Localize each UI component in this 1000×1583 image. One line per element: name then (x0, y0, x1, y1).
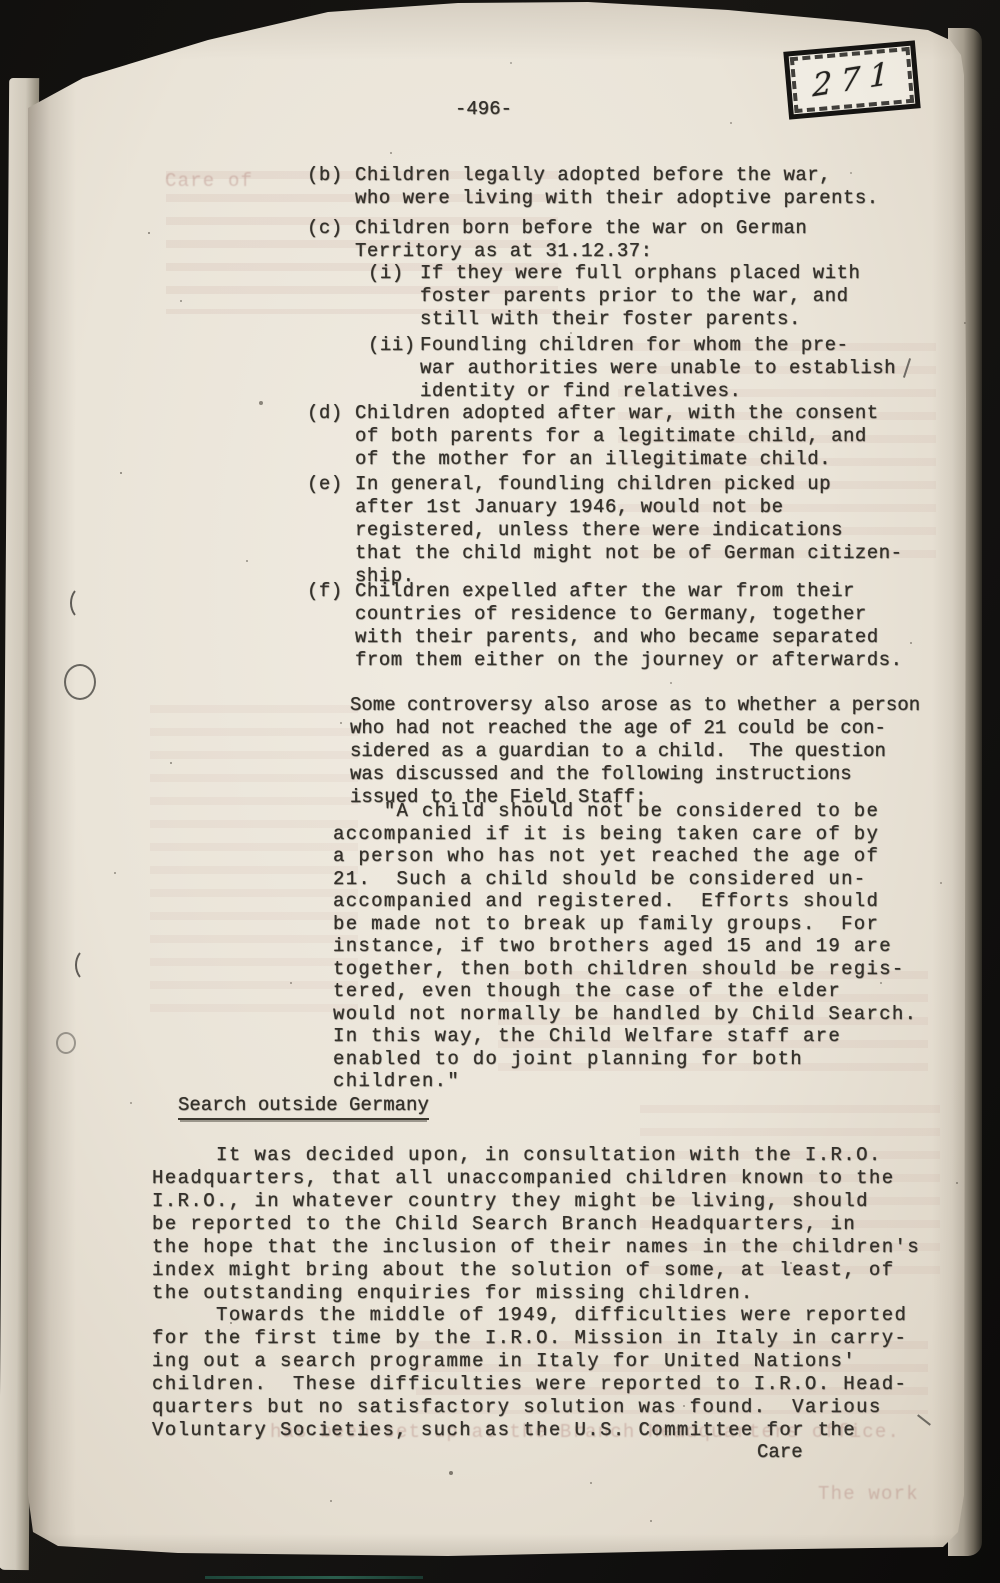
catchword: Care (757, 1441, 803, 1464)
list-item-b-label: (b) (307, 164, 343, 187)
list-item-e-label: (e) (307, 473, 343, 496)
list-item-f-text: Children expelled after the war from the… (355, 580, 903, 672)
list-item-d-label: (d) (307, 402, 343, 425)
ink-mark-arc-1 (70, 586, 96, 620)
section-heading: Search outside Germany (178, 1094, 429, 1117)
list-item-ci-label: (i) (368, 262, 404, 285)
bleedthrough-block-left (150, 692, 358, 1022)
list-item-f-label: (f) (307, 580, 343, 603)
scanned-book-page: Care of has been set up at the Branch He… (0, 0, 1000, 1583)
list-item-cii-label: (ii) (368, 334, 416, 357)
section-paragraph-2: Towards the middle of 1949, difficulties… (152, 1304, 907, 1442)
folio-stamp: 271 (783, 40, 920, 119)
ink-mark-ring-1 (64, 664, 96, 700)
list-item-d-text: Children adopted after war, with the con… (355, 402, 879, 471)
bleedthrough-the-work: The work (818, 1483, 919, 1506)
list-item-c-label: (c) (307, 217, 343, 240)
ink-mark-slash-1 (903, 358, 911, 378)
list-item-b-text: Children legally adopted before the war,… (355, 164, 879, 210)
field-staff-quote: "A child should not be considered to be … (333, 800, 917, 1093)
controversy-paragraph: Some controversy also arose as to whethe… (350, 694, 920, 809)
list-item-cii-text: Foundling children for whom the pre- war… (420, 334, 896, 403)
ink-mark-ring-2 (56, 1032, 76, 1054)
ink-mark-slash-2 (917, 1414, 931, 1425)
paper-speckles (28, 0, 30, 2)
section-paragraph-1: It was decided upon, in consultation wit… (152, 1144, 920, 1305)
ink-mark-arc-2 (75, 948, 101, 982)
list-item-c-text: Children born before the war on German T… (355, 217, 807, 263)
bleedthrough-top-fragment: Care of (165, 170, 253, 193)
document-page: Care of has been set up at the Branch He… (28, 0, 966, 1560)
page-number: -496- (455, 98, 512, 121)
list-item-e-text: In general, foundling children picked up… (355, 473, 903, 588)
list-item-ci-text: If they were full orphans placed with fo… (420, 262, 860, 331)
scan-artifact-line (205, 1576, 423, 1579)
section-heading-text: Search outside Germany (178, 1094, 429, 1120)
